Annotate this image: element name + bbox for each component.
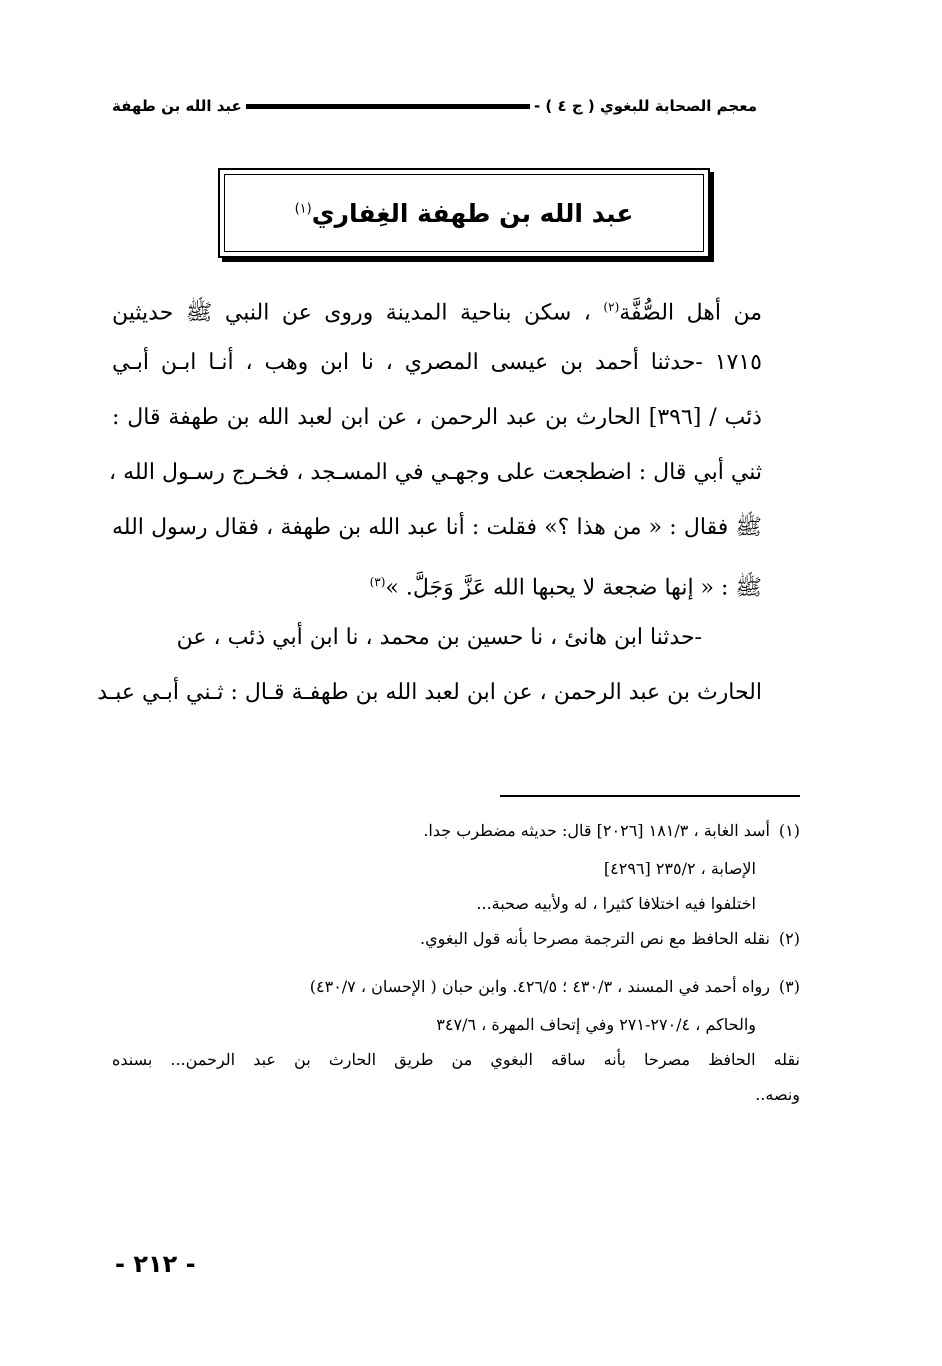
footnote-1-line-3: اختلفوا فيه اختلافا كثيرا ، له ولأبيه صح… [112, 888, 800, 920]
footnote-3-line-2: والحاكم ، ٢٧٠/٤-٢٧١ وفي إتحاف المهرة ، ٣… [112, 1006, 800, 1044]
body-text: من أهل الصُّفَّة(٢) ، سكن بناحية المدينة… [112, 280, 762, 720]
body-line-text: من أهل الصُّفَّة [619, 300, 762, 325]
footnote-number: (٣) [770, 968, 800, 1006]
book-page: معجم الصحابة للبغوي ( ج ٤ ) - عبد الله ب… [0, 0, 942, 1366]
header-rule [246, 104, 530, 109]
header-book-title: معجم الصحابة للبغوي ( ج ٤ ) - [534, 97, 757, 115]
footnote-text: نقله الحافظ مع نص الترجمة مصرحا بأنه قول… [420, 929, 770, 948]
body-line: ﷺ : « إنها ضجعة لا يحبها الله عَزَّ وَجَ… [112, 555, 762, 610]
footnote-text: أسد الغابة ، ١٨١/٣ [٢٠٢٦] قال: حديثه مضط… [423, 821, 770, 840]
title-footnote-ref: (١) [295, 201, 312, 216]
entry-title-text: عبد الله بن طهفة الغِفاري [312, 199, 634, 228]
footnote-number: (٢) [770, 920, 800, 958]
footnote-ref: (٢) [603, 300, 619, 314]
body-line: ثني أبي قال : اضطجعت على وجهـي في المسـج… [112, 445, 762, 500]
footnote-number: (١) [770, 812, 800, 850]
body-line-text: ﷺ : « إنها ضجعة لا يحبها الله عَزَّ وَجَ… [385, 575, 762, 600]
page-number: - ٢١٢ - [115, 1250, 196, 1278]
entry-title: عبد الله بن طهفة الغِفاري(١) [295, 199, 634, 228]
entry-title-box: عبد الله بن طهفة الغِفاري(١) [218, 168, 710, 258]
footnote-1-line-2: الإصابة ، ٢٣٥/٢ [٤٢٩٦] [112, 850, 800, 888]
header-entry-name: عبد الله بن طهفة [112, 97, 242, 115]
footnote-2: (٢)نقله الحافظ مع نص الترجمة مصرحا بأنه … [112, 920, 800, 958]
body-line: -حدثنا ابن هانئ ، نا حسين بن محمد ، نا ا… [112, 610, 762, 665]
running-header: معجم الصحابة للبغوي ( ج ٤ ) - عبد الله ب… [112, 92, 757, 120]
body-line: ١٧١٥ -حدثنا أحمد بن عيسى المصري ، نا ابن… [112, 335, 762, 390]
body-line: من أهل الصُّفَّة(٢) ، سكن بناحية المدينة… [112, 280, 762, 335]
body-line: ﷺ فقال : « من هذا ؟» فقلت : أنا عبد الله… [112, 500, 762, 555]
footnote-ref: (٣) [370, 575, 386, 589]
footnote-1: (١)أسد الغابة ، ١٨١/٣ [٢٠٢٦] قال: حديثه … [112, 812, 800, 850]
footnote-3-line-3: نقله الحافظ مصرحا بأنه ساقه البغوي من طر… [112, 1044, 800, 1076]
footnote-text: رواه أحمد في المسند ، ٤٣٠/٣ ؛ ٤٢٦/٥. واب… [310, 977, 770, 996]
footnote-separator [500, 795, 800, 797]
body-line: ذئب / [٣٩٦] الحارث بن عبد الرحمن ، عن اب… [112, 390, 762, 445]
footnote-3: (٣)رواه أحمد في المسند ، ٤٣٠/٣ ؛ ٤٢٦/٥. … [112, 968, 800, 1006]
footnotes: (١)أسد الغابة ، ١٨١/٣ [٢٠٢٦] قال: حديثه … [112, 812, 800, 1114]
body-line: الحارث بن عبد الرحمن ، عن ابن لعبد الله … [112, 665, 762, 720]
footnote-3-line-4: ونصه.. [112, 1076, 800, 1114]
body-line-text: ، سكن بناحية المدينة وروى عن النبي ﷺ حدي… [112, 300, 603, 325]
